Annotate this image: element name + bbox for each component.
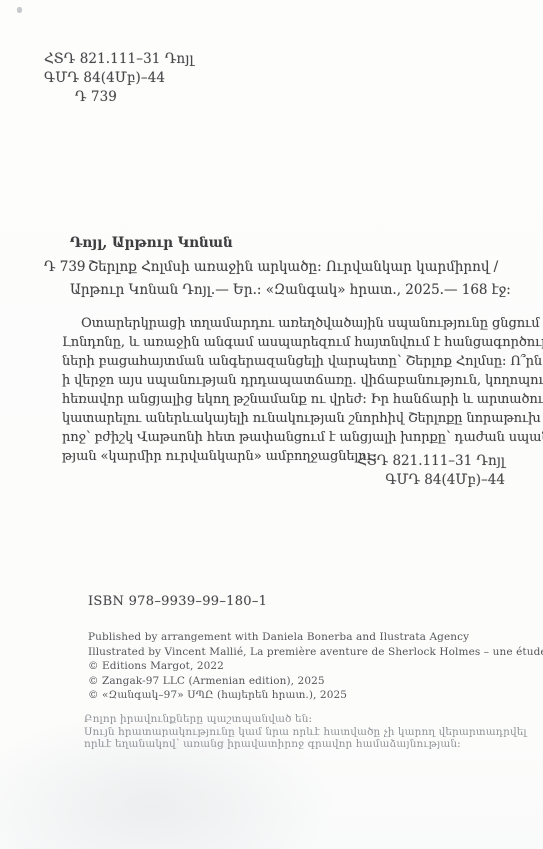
credit-line-illustrator: Illustrated by Vincent Mallié, La premiè… [88, 645, 543, 660]
rights-line: որևէ եղանակով՝ առանց իրավատիրոջ գրավոր հ… [84, 738, 527, 751]
annotation-line: րոջ՝ բժիշկ Վաթսոնի հետ թափանցում է անցյա… [62, 428, 543, 447]
annotation-paragraph: Օտարերկրացի տղամարդու առեղծվածային սպանո… [62, 314, 543, 466]
credit-line-zangak-en: © Zangak-97 LLC (Armenian edition), 2025 [88, 674, 543, 689]
annotation-line: հեռավոր անցյալից եկող թշնամանք ու վրեժ։ … [62, 390, 543, 409]
copyright-credits: Published by arrangement with Daniela Bo… [88, 630, 543, 703]
right-classification-codes: ՀՏԴ 821.111–31 Դոյլ ԳՄԴ 84(4Մբ)–44 [357, 452, 505, 490]
udc-code: ՀՏԴ 821.111–31 Դոյլ [44, 50, 194, 69]
credit-line-editions-margot: © Editions Margot, 2022 [88, 659, 543, 674]
rights-line: Սույն հրատարակությունը կամ նրա որևէ հատվ… [84, 726, 527, 739]
rights-reserved-notice: Բոլոր իրավունքները պաշտպանված են։ Սույն … [84, 713, 527, 751]
top-classification-codes: ՀՏԴ 821.111–31 Դոյլ ԳՄԴ 84(4Մբ)–44 Դ 739 [44, 50, 194, 107]
catalog-title-line-1: Շերլոք Հոլմսի առաջին արկածը։ Ուրվանկար կ… [88, 259, 498, 275]
annotation-line: Լոնդոնը, և առաջին անգամ ասպարեզում հայտն… [62, 333, 543, 352]
annotation-line: ի վերջո այս սպանության դրդապատճառը. վիճա… [62, 371, 543, 390]
author-heading: Դոյլ, Արթուր Կոնան [70, 235, 233, 251]
isbn-line: ISBN 978–9939–99–180–1 [88, 594, 267, 609]
udc-code: ՀՏԴ 821.111–31 Դոյլ [357, 452, 505, 471]
catalog-title-line-2: Արթուր Կոնան Դոյլ.— Եր.։ «Զանգակ» հրատ.,… [70, 282, 511, 298]
margin-author-mark: Դ 739 [44, 259, 86, 275]
credit-line-arrangement: Published by arrangement with Daniela Bo… [88, 630, 543, 645]
credit-line-zangak-hy: © «Զանգակ–97» ՍՊԸ (հայերեն հրատ.), 2025 [88, 688, 543, 703]
author-mark-code: Դ 739 [44, 88, 194, 107]
lbc-code: ԳՄԴ 84(4Մբ)–44 [357, 471, 505, 490]
annotation-line: կատարելու աներևակայելի ունակության շնորհ… [62, 409, 543, 428]
annotation-line: Օտարերկրացի տղամարդու առեղծվածային սպանո… [62, 314, 543, 333]
book-copyright-page: ՀՏԴ 821.111–31 Դոյլ ԳՄԴ 84(4Մբ)–44 Դ 739… [0, 0, 543, 849]
annotation-line: ների բացահայտման անգերազանցելի վարպետը՝ … [62, 352, 543, 371]
scan-artifact-speck [17, 7, 22, 13]
rights-line: Բոլոր իրավունքները պաշտպանված են։ [84, 713, 527, 726]
lbc-code: ԳՄԴ 84(4Մբ)–44 [44, 69, 194, 88]
